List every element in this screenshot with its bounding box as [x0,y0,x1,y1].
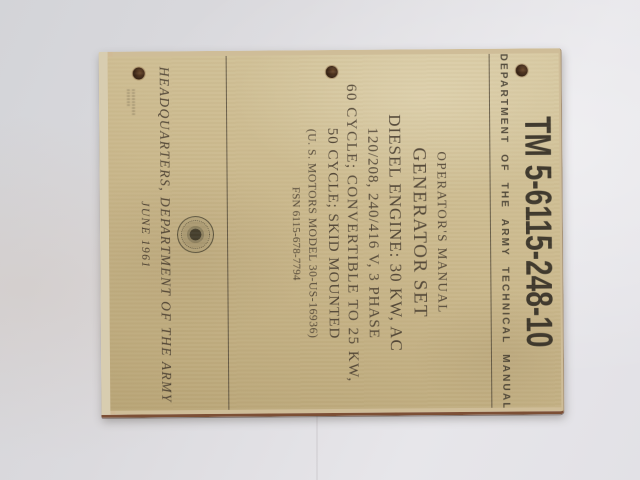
print-code-mark [127,90,135,115]
cover-content-rotated: TM 5-6115-248-10 DEPARTMENT OF THE ARMY … [108,53,562,411]
footer-rule [226,56,230,411]
department-of-the-army-seal-icon [177,216,214,253]
subtitle-line-2: 120/208, 240/416 V, 3 PHASE [362,55,384,411]
manual-book: TM 5-6115-248-10 DEPARTMENT OF THE ARMY … [99,48,565,418]
title-block: OPERATOR'S MANUAL GENERATOR SET DIESEL E… [288,54,452,411]
manual-cover: TM 5-6115-248-10 DEPARTMENT OF THE ARMY … [108,53,562,411]
punch-hole-middle [326,66,338,78]
model-line: (U. S. MOTORS MODEL 30-US-16936) [303,55,321,411]
manual-type-line: OPERATOR'S MANUAL [433,54,452,411]
header-rule [489,54,493,411]
title-line: GENERATOR SET [407,54,432,411]
fsn-line: FSN 6115-678-7794 [288,55,305,411]
agency-line: DEPARTMENT OF THE ARMY TECHNICAL MANUAL [497,54,512,411]
subtitle-line-1: DIESEL ENGINE: 30 KW, AC [384,54,408,410]
publisher-line: HEADQUARTERS, DEPARTMENT OF THE ARMY [156,56,175,410]
punch-hole-bottom [133,67,145,79]
background-seam [316,408,318,480]
photo-background: TM 5-6115-248-10 DEPARTMENT OF THE ARMY … [0,0,640,480]
subtitle-line-3: 60 CYCLE; CONVERTIBLE TO 25 KW, [341,55,363,411]
tm-number: TM 5-6115-248-10 [519,96,557,368]
punch-hole-top [516,64,528,76]
date-line: JUNE 1961 [138,56,153,410]
